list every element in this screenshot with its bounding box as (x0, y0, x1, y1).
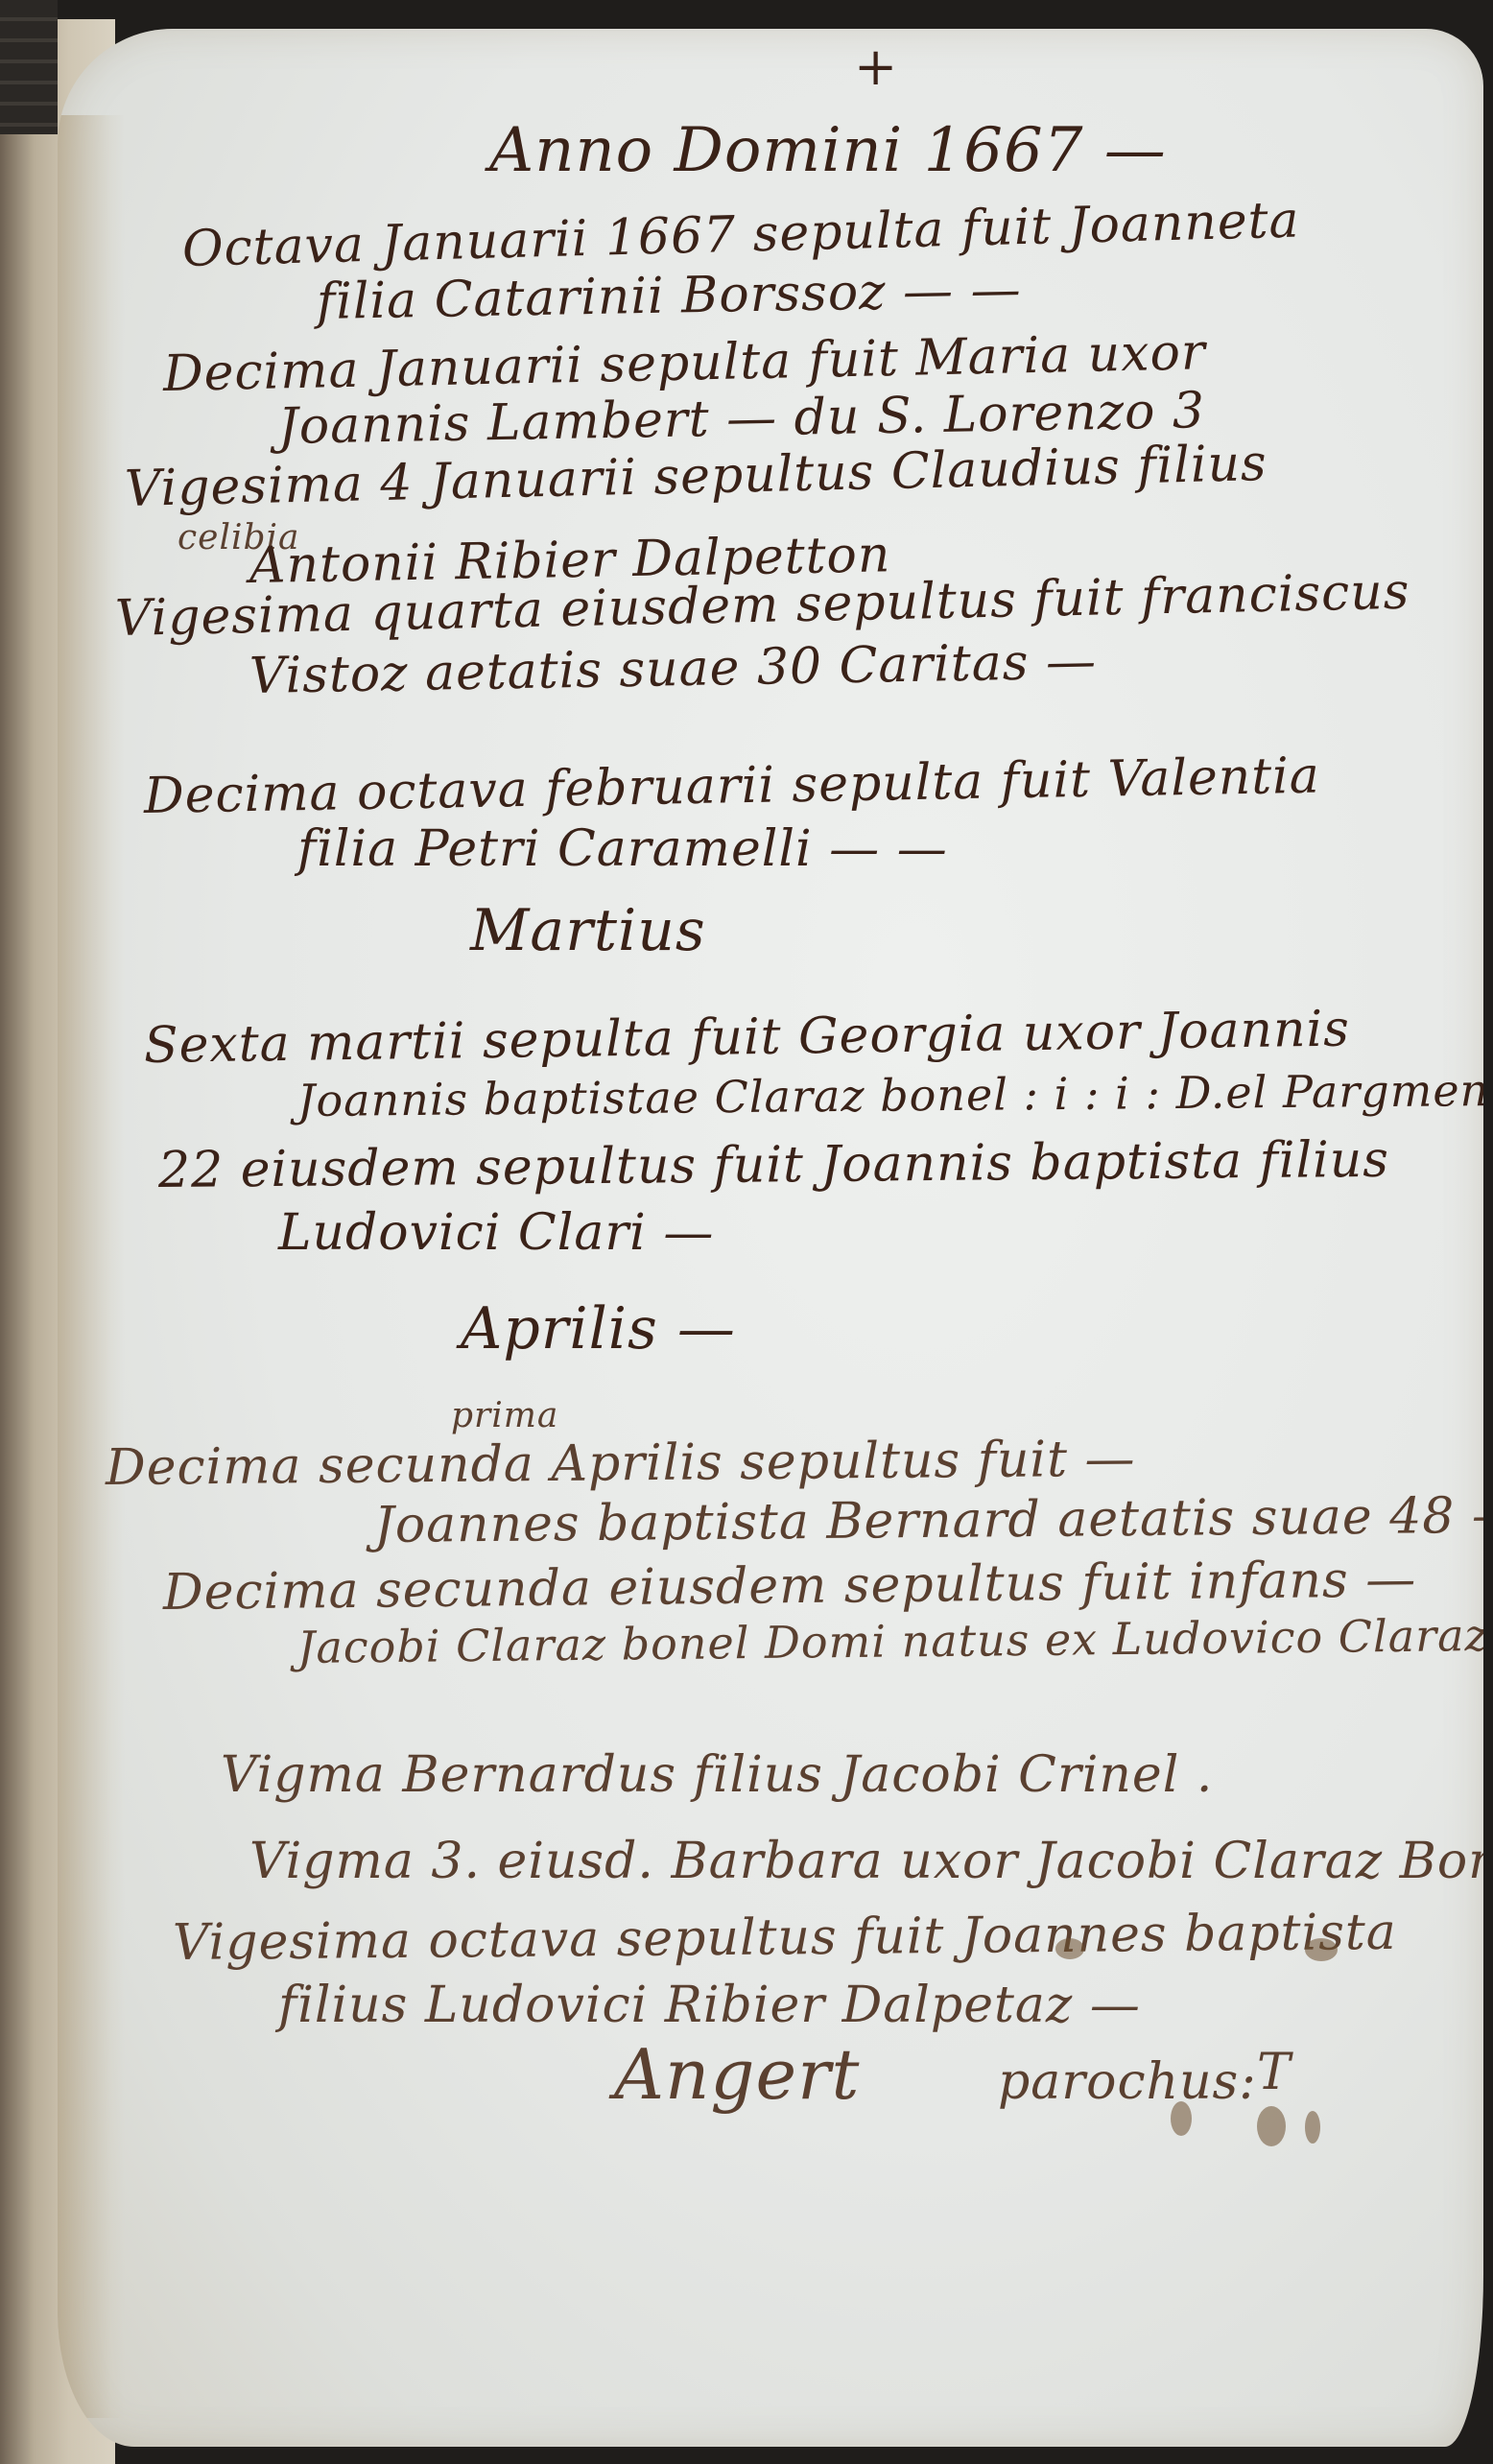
april-entry-1-line-1: Decima secunda Aprilis sepultus fuit — (106, 1431, 1136, 1497)
march-entry-1-line-2: Joannis baptistae Claraz bonel : i : i :… (297, 1064, 1483, 1126)
entry-5-line-2: filia Petri Caramelli — — (297, 820, 948, 878)
ink-stain (1305, 2111, 1320, 2144)
april-entry-4-line-1: Vigma 3. eiusd. Barbara uxor Jacobi Clar… (249, 1833, 1483, 1890)
signature-title: parochus: (998, 2053, 1257, 2111)
signature-name: Angert (614, 2034, 860, 2115)
cross-mark-icon: + (854, 36, 897, 97)
april-entry-1-line-2: Joannes baptista Bernard aetatis suae 48… (374, 1487, 1483, 1554)
ink-stain (1055, 1938, 1084, 1959)
april-entry-1-correction: prima (451, 1396, 558, 1435)
entry-5-line-1: Decima octava februarii sepulta fuit Val… (143, 747, 1320, 825)
ink-stain (1305, 1938, 1338, 1961)
signature-mark: T (1257, 2044, 1292, 2101)
stacked-pages-top-left (0, 0, 58, 134)
manuscript-page: + Anno Domini 1667 — Octava Januarii 166… (58, 29, 1483, 2447)
march-entry-1-line-1: Sexta martii sepulta fuit Georgia uxor J… (144, 1000, 1351, 1075)
page-gutter-stain (58, 115, 125, 2418)
april-entry-5-line-1: Vigesima octava sepultus fuit Joannes ba… (173, 1904, 1397, 1972)
march-entry-2-line-2: Ludovici Clari — (278, 1204, 714, 1262)
ink-stain (1257, 2106, 1286, 2146)
ink-stain (1171, 2101, 1192, 2136)
entry-4-line-2: Vistoz aetatis suae 30 Caritas — (249, 633, 1097, 705)
april-entry-2-line-2: Jacobi Claraz bonel Domi natus ex Ludovi… (297, 1609, 1483, 1673)
april-entry-5-line-2: filius Ludovici Ribier Dalpetaz — (278, 1977, 1141, 2034)
month-heading-april: Aprilis — (461, 1295, 736, 1362)
april-entry-3-line-1: Vigma Bernardus filius Jacobi Crinel . (221, 1746, 1213, 1804)
entry-1-line-2: filia Catarinii Borssoz — — (316, 261, 1022, 331)
month-heading-march: Martius (470, 897, 706, 964)
march-entry-2-line-1: 22 eiusdem sepultus fuit Joannis baptist… (158, 1131, 1389, 1199)
page-title: Anno Domini 1667 — (489, 115, 1167, 186)
